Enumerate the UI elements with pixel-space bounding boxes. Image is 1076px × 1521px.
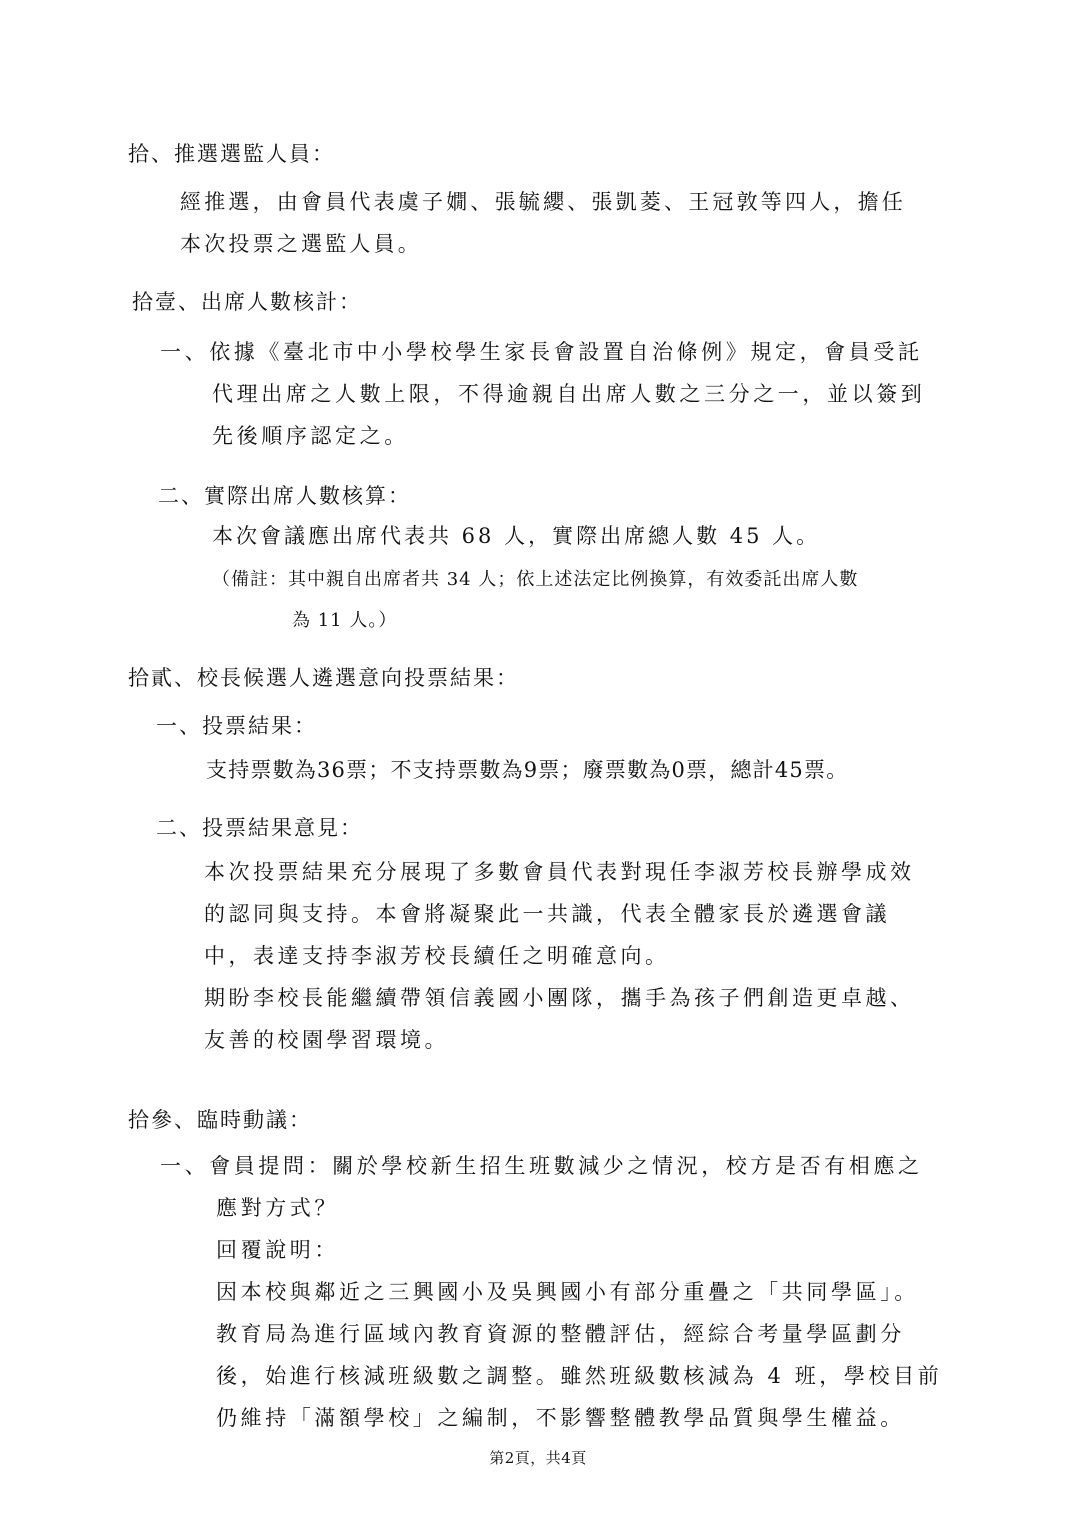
section-heading-12: 拾貳、校長候選人遴選意向投票結果： [128,664,519,692]
section-11-item-1-line-3: 先後順序認定之。 [212,422,409,450]
vote-opinion-line-2: 的認同與支持。本會將凝聚此一共識，代表全體家長於遴選會議 [204,900,890,928]
reply-line-3: 後，始進行核減班級數之調整。雖然班級數核減為 4 班，學校目前 [216,1362,942,1390]
section-11-item-2-title: 二、實際出席人數核算： [158,482,411,510]
section-heading-13: 拾參、臨時動議： [128,1106,312,1134]
section-11-item-1-line-1: 一、依據《臺北市中小學校學生家長會設置自治條例》規定，會員受託 [160,338,923,366]
section-10-line-1: 經推選，由會員代表虞子嫺、張毓纓、張凱菱、王冠敦等四人，擔任 [180,188,906,216]
reply-line-4: 仍維持「滿額學校」之編制，不影響整體教學品質與學生權益。 [216,1404,905,1432]
reply-line-1: 因本校與鄰近之三興國小及吳興國小有部分重疊之「共同學區」。 [216,1278,919,1306]
section-10-line-2: 本次投票之選監人員。 [180,230,422,258]
section-11-item-1-line-2: 代理出席之人數上限，不得逾親自出席人數之三分之一，並以簽到 [212,380,925,408]
reply-line-2: 教育局為進行區域內教育資源的整體評估，經綜合考量學區劃分 [216,1320,905,1348]
attendance-note-line-1: （備註：其中親自出席者共 34 人；依上述法定比例換算，有效委託出席人數 [212,566,858,594]
section-12-item-2-title: 二、投票結果意見： [156,814,363,842]
section-12-item-1-title: 一、投票結果： [156,712,317,740]
section-heading-10: 拾、推選選監人員： [128,140,335,168]
vote-opinion-line-5: 友善的校園學習環境。 [204,1026,449,1054]
motion-question-line-1: 一、會員提問：關於學校新生招生班數減少之情況，校方是否有相應之 [160,1152,923,1180]
vote-opinion-line-1: 本次投票結果充分展現了多數會員代表對現任李淑芳校長辦學成效 [204,858,915,886]
page-number-footer: 第2頁，共4頁 [0,1448,1076,1468]
section-heading-11: 拾壹、出席人數核計： [132,288,362,316]
vote-opinion-line-3: 中，表達支持李淑芳校長續任之明確意向。 [204,942,670,970]
document-page: 拾、推選選監人員： 經推選，由會員代表虞子嫺、張毓纓、張凱菱、王冠敦等四人，擔任… [0,0,1076,1521]
motion-question-line-2: 應對方式？ [216,1194,339,1222]
reply-label: 回覆說明： [216,1236,339,1264]
vote-results: 支持票數為36票；不支持票數為9票；廢票數為0票，總計45票。 [206,756,848,784]
vote-opinion-line-4: 期盼李校長能繼續帶領信義國小團隊，攜手為孩子們創造更卓越、 [204,984,915,1012]
attendance-note-line-2: 為 11 人。） [292,607,397,635]
attendance-summary: 本次會議應出席代表共 68 人，實際出席總人數 45 人。 [212,522,820,550]
